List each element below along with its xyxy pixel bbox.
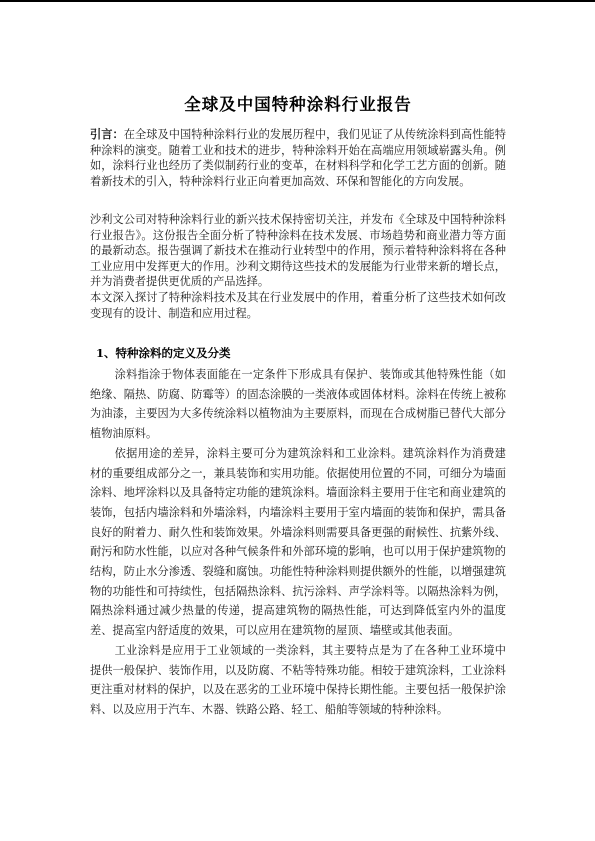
scope-paragraph: 本文深入探讨了特种涂料技术及其在行业发展中的作用，着重分析了这些技术如何改变现有… [90, 290, 506, 321]
overview-section: 沙利文公司对特种涂料行业的新兴技术保持密切关注，并发布《全球及中国特种涂料行业报… [90, 212, 506, 321]
document-title: 全球及中国特种涂料行业报告 [90, 91, 506, 115]
industrial-coatings-paragraph: 工业涂料是应用于工业领域的一类涂料，其主要特点是为了在各种工业环境中提供一般保护… [90, 641, 506, 720]
page-top-border [0, 0, 595, 2]
definition-paragraph: 涂料指涂于物体表面能在一定条件下形成具有保护、装饰或其他特殊性能（如绝缘、隔热、… [90, 365, 506, 444]
intro-lead-label: 引言： [90, 127, 124, 141]
section-heading: 1、特种涂料的定义及分类 [96, 345, 506, 361]
overview-paragraph: 沙利文公司对特种涂料行业的新兴技术保持密切关注，并发布《全球及中国特种涂料行业报… [90, 212, 506, 290]
intro-paragraph: 引言：在全球及中国特种涂料行业的发展历程中，我们见证了从传统涂料到高性能特种涂料… [90, 127, 506, 189]
architectural-coatings-paragraph: 依据用途的差异，涂料主要可分为建筑涂料和工业涂料。建筑涂料作为消费建材的重要组成… [90, 444, 506, 641]
intro-section: 引言：在全球及中国特种涂料行业的发展历程中，我们见证了从传统涂料到高性能特种涂料… [90, 127, 506, 189]
intro-text: 在全球及中国特种涂料行业的发展历程中，我们见证了从传统涂料到高性能特种涂料的演变… [90, 128, 506, 188]
section-definition-classification: 1、特种涂料的定义及分类 涂料指涂于物体表面能在一定条件下形成具有保护、装饰或其… [90, 345, 506, 720]
